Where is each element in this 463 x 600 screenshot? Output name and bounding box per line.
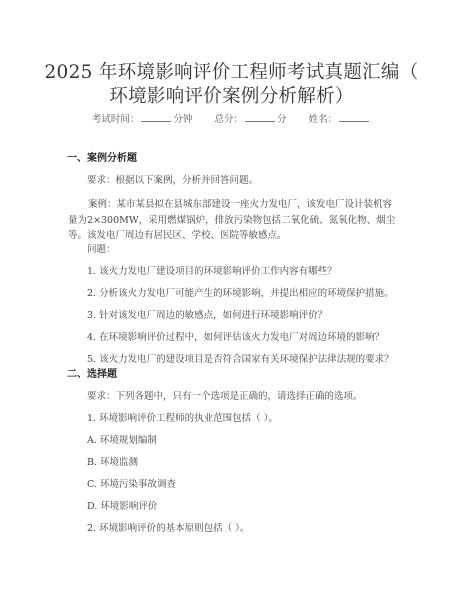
time-blank [141, 113, 171, 122]
section-heading-case-analysis: 一、案例分析题 [67, 152, 137, 166]
mc-option: A. 环境规划编制 [87, 434, 157, 448]
document-title-line-1: 2025 年环境影响评价工程师考试真题汇编（ [0, 58, 463, 84]
time-unit: 分钟 [173, 114, 192, 125]
questions-label: 问题： [87, 243, 116, 257]
mc-option: C. 环境污染事故调查 [87, 478, 176, 492]
section2-requirement: 要求：下列各题中，只有一个选项是正确的，请选择正确的选项。 [87, 390, 363, 404]
section-heading-multiple-choice: 二、选择题 [67, 368, 117, 382]
score-blank [245, 113, 275, 122]
time-label: 考试时间： [92, 114, 140, 125]
score-unit: 分 [277, 114, 287, 125]
mc-question-1: 1. 环境影响评价工程师的执业范围包括（ ）。 [87, 412, 278, 426]
question-item: 5. 该火力发电厂的建设项目是否符合国家有关环境保护法律法规的要求？ [87, 353, 394, 367]
exam-meta: 考试时间：分钟 总分：分 姓名： [0, 111, 463, 125]
name-blank [339, 113, 369, 122]
document-title-line-2: 环境影响评价案例分析解析） [0, 82, 463, 108]
question-item: 3. 针对该发电厂周边的敏感点，如何进行环境影响评价？ [87, 309, 327, 323]
question-item: 4. 在环境影响评价过程中，如何评估该火力发电厂对周边环境的影响？ [87, 331, 384, 345]
case-text: 案例：某市某县拟在县城东部建设一座火力发电厂，该发电厂设计装机容量为2×300M… [68, 197, 398, 244]
section1-requirement: 要求：根据以下案例，分析并回答问题。 [87, 174, 258, 188]
question-item: 2. 分析该火力发电厂可能产生的环境影响，并提出相应的环境保护措施。 [87, 287, 394, 301]
mc-option: D. 环境影响评价 [87, 500, 157, 514]
score-label: 总分： [214, 114, 243, 125]
mc-option: B. 环境监测 [87, 456, 138, 470]
question-item: 1. 该火力发电厂建设项目的环境影响评价工作内容有哪些？ [87, 265, 337, 279]
mc-question-2: 2. 环境影响评价的基本原则包括（ ）。 [87, 522, 249, 536]
name-label: 姓名： [309, 114, 338, 125]
